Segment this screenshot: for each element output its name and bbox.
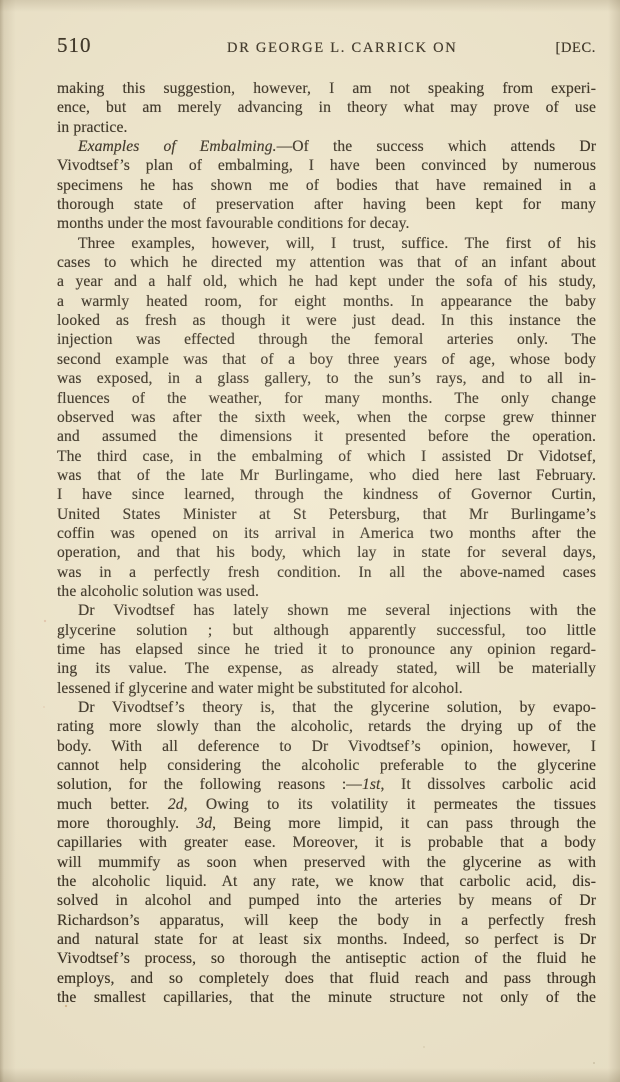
text-line: United States Minister at St Petersburg,…	[57, 505, 596, 524]
text-line: was exposed, in a glass gallery, to the …	[57, 369, 596, 388]
text-line: will mummify as soon when preserved with…	[57, 853, 596, 872]
paragraph: making this suggestion, however, I am no…	[57, 79, 596, 137]
text-line: lessened if glycerine and water might be…	[57, 679, 596, 698]
text-line: glycerine solution ; but although appare…	[57, 621, 596, 640]
text-line: Dr Vivodtsef has lately shown me several…	[57, 601, 596, 620]
text-line: employs, and so completely does that flu…	[57, 969, 596, 988]
text-line: a warmly heated room, for eight months. …	[57, 292, 596, 311]
text-line: operation, and that his body, which lay …	[57, 543, 596, 562]
paragraph: Examples of Embalming.—Of the success wh…	[57, 137, 596, 234]
text-line: was that of the late Mr Burlingame, who …	[57, 466, 596, 485]
text-line: the smallest capillaries, that the minut…	[57, 988, 596, 1007]
text-line: Vivodtsef’s process, so thorough the ant…	[57, 949, 596, 968]
text-line: in practice.	[57, 118, 596, 137]
paragraph: Dr Vivodtsef’s theory is, that the glyce…	[57, 698, 596, 1008]
text-line: solution, for the following reasons :—1s…	[57, 775, 596, 794]
text-line: body. With all deference to Dr Vivodtsef…	[57, 737, 596, 756]
text-line: Richardson’s apparatus, will keep the bo…	[57, 911, 596, 930]
text-line: Examples of Embalming.—Of the success wh…	[57, 137, 596, 156]
text-line: thorough state of preservation after hav…	[57, 195, 596, 214]
page-number: 510	[57, 33, 129, 58]
text-line: Vivodtsef’s plan of embalming, I have be…	[57, 156, 596, 175]
text-line: ing its value. The expense, as already s…	[57, 659, 596, 678]
text-line: cases to which he directed my attention …	[57, 253, 596, 272]
book-page: 510 DR GEORGE L. CARRICK ON [DEC. making…	[0, 0, 620, 1082]
text-line: looked as fresh as though it were just d…	[57, 311, 596, 330]
text-line: observed was after the sixth week, when …	[57, 408, 596, 427]
issue-marker: [DEC.	[556, 40, 596, 57]
text-line: solved in alcohol and pumped into the ar…	[57, 891, 596, 910]
paragraph: Dr Vivodtsef has lately shown me several…	[57, 601, 596, 698]
text-line: was in a perfectly fresh condition. In a…	[57, 563, 596, 582]
text-line: making this suggestion, however, I am no…	[57, 79, 596, 98]
text-line: fluences of the weather, for many months…	[57, 389, 596, 408]
text-line: ence, but am merely advancing in theory …	[57, 98, 596, 117]
text-line: Dr Vivodtsef’s theory is, that the glyce…	[57, 698, 596, 717]
text-line: specimens he has shown me of bodies that…	[57, 176, 596, 195]
text-line: injection was effected through the femor…	[57, 330, 596, 349]
text-line: coffin was opened on its arrival in Amer…	[57, 524, 596, 543]
text-line: the alcoholic liquid. At any rate, we kn…	[57, 872, 596, 891]
text-line: The third case, in the embalming of whic…	[57, 447, 596, 466]
text-line: much better. 2d, Owing to its volatility…	[57, 795, 596, 814]
text-line: rating more slowly than the alcoholic, r…	[57, 717, 596, 736]
text-line: and natural state for at least six month…	[57, 930, 596, 949]
text-line: capillaries with greater ease. Moreover,…	[57, 833, 596, 852]
body-text: making this suggestion, however, I am no…	[57, 79, 596, 1008]
text-line: second example was that of a boy three y…	[57, 350, 596, 369]
text-line: time has elapsed since he tried it to pr…	[57, 640, 596, 659]
text-line: Three examples, however, will, I trust, …	[57, 234, 596, 253]
text-line: more thoroughly. 3d, Being more limpid, …	[57, 814, 596, 833]
text-line: a year and a half old, which he had kept…	[57, 272, 596, 291]
text-line: cannot help considering the alcoholic pr…	[57, 756, 596, 775]
text-line: the alcoholic solution was used.	[57, 582, 596, 601]
running-head: 510 DR GEORGE L. CARRICK ON [DEC.	[57, 33, 596, 58]
text-line: I have since learned, through the kindne…	[57, 485, 596, 504]
paragraph: Three examples, however, will, I trust, …	[57, 234, 596, 602]
text-line: and assumed the dimensions it presented …	[57, 427, 596, 446]
text-line: months under the most favourable conditi…	[57, 214, 596, 233]
running-title: DR GEORGE L. CARRICK ON	[129, 40, 556, 57]
